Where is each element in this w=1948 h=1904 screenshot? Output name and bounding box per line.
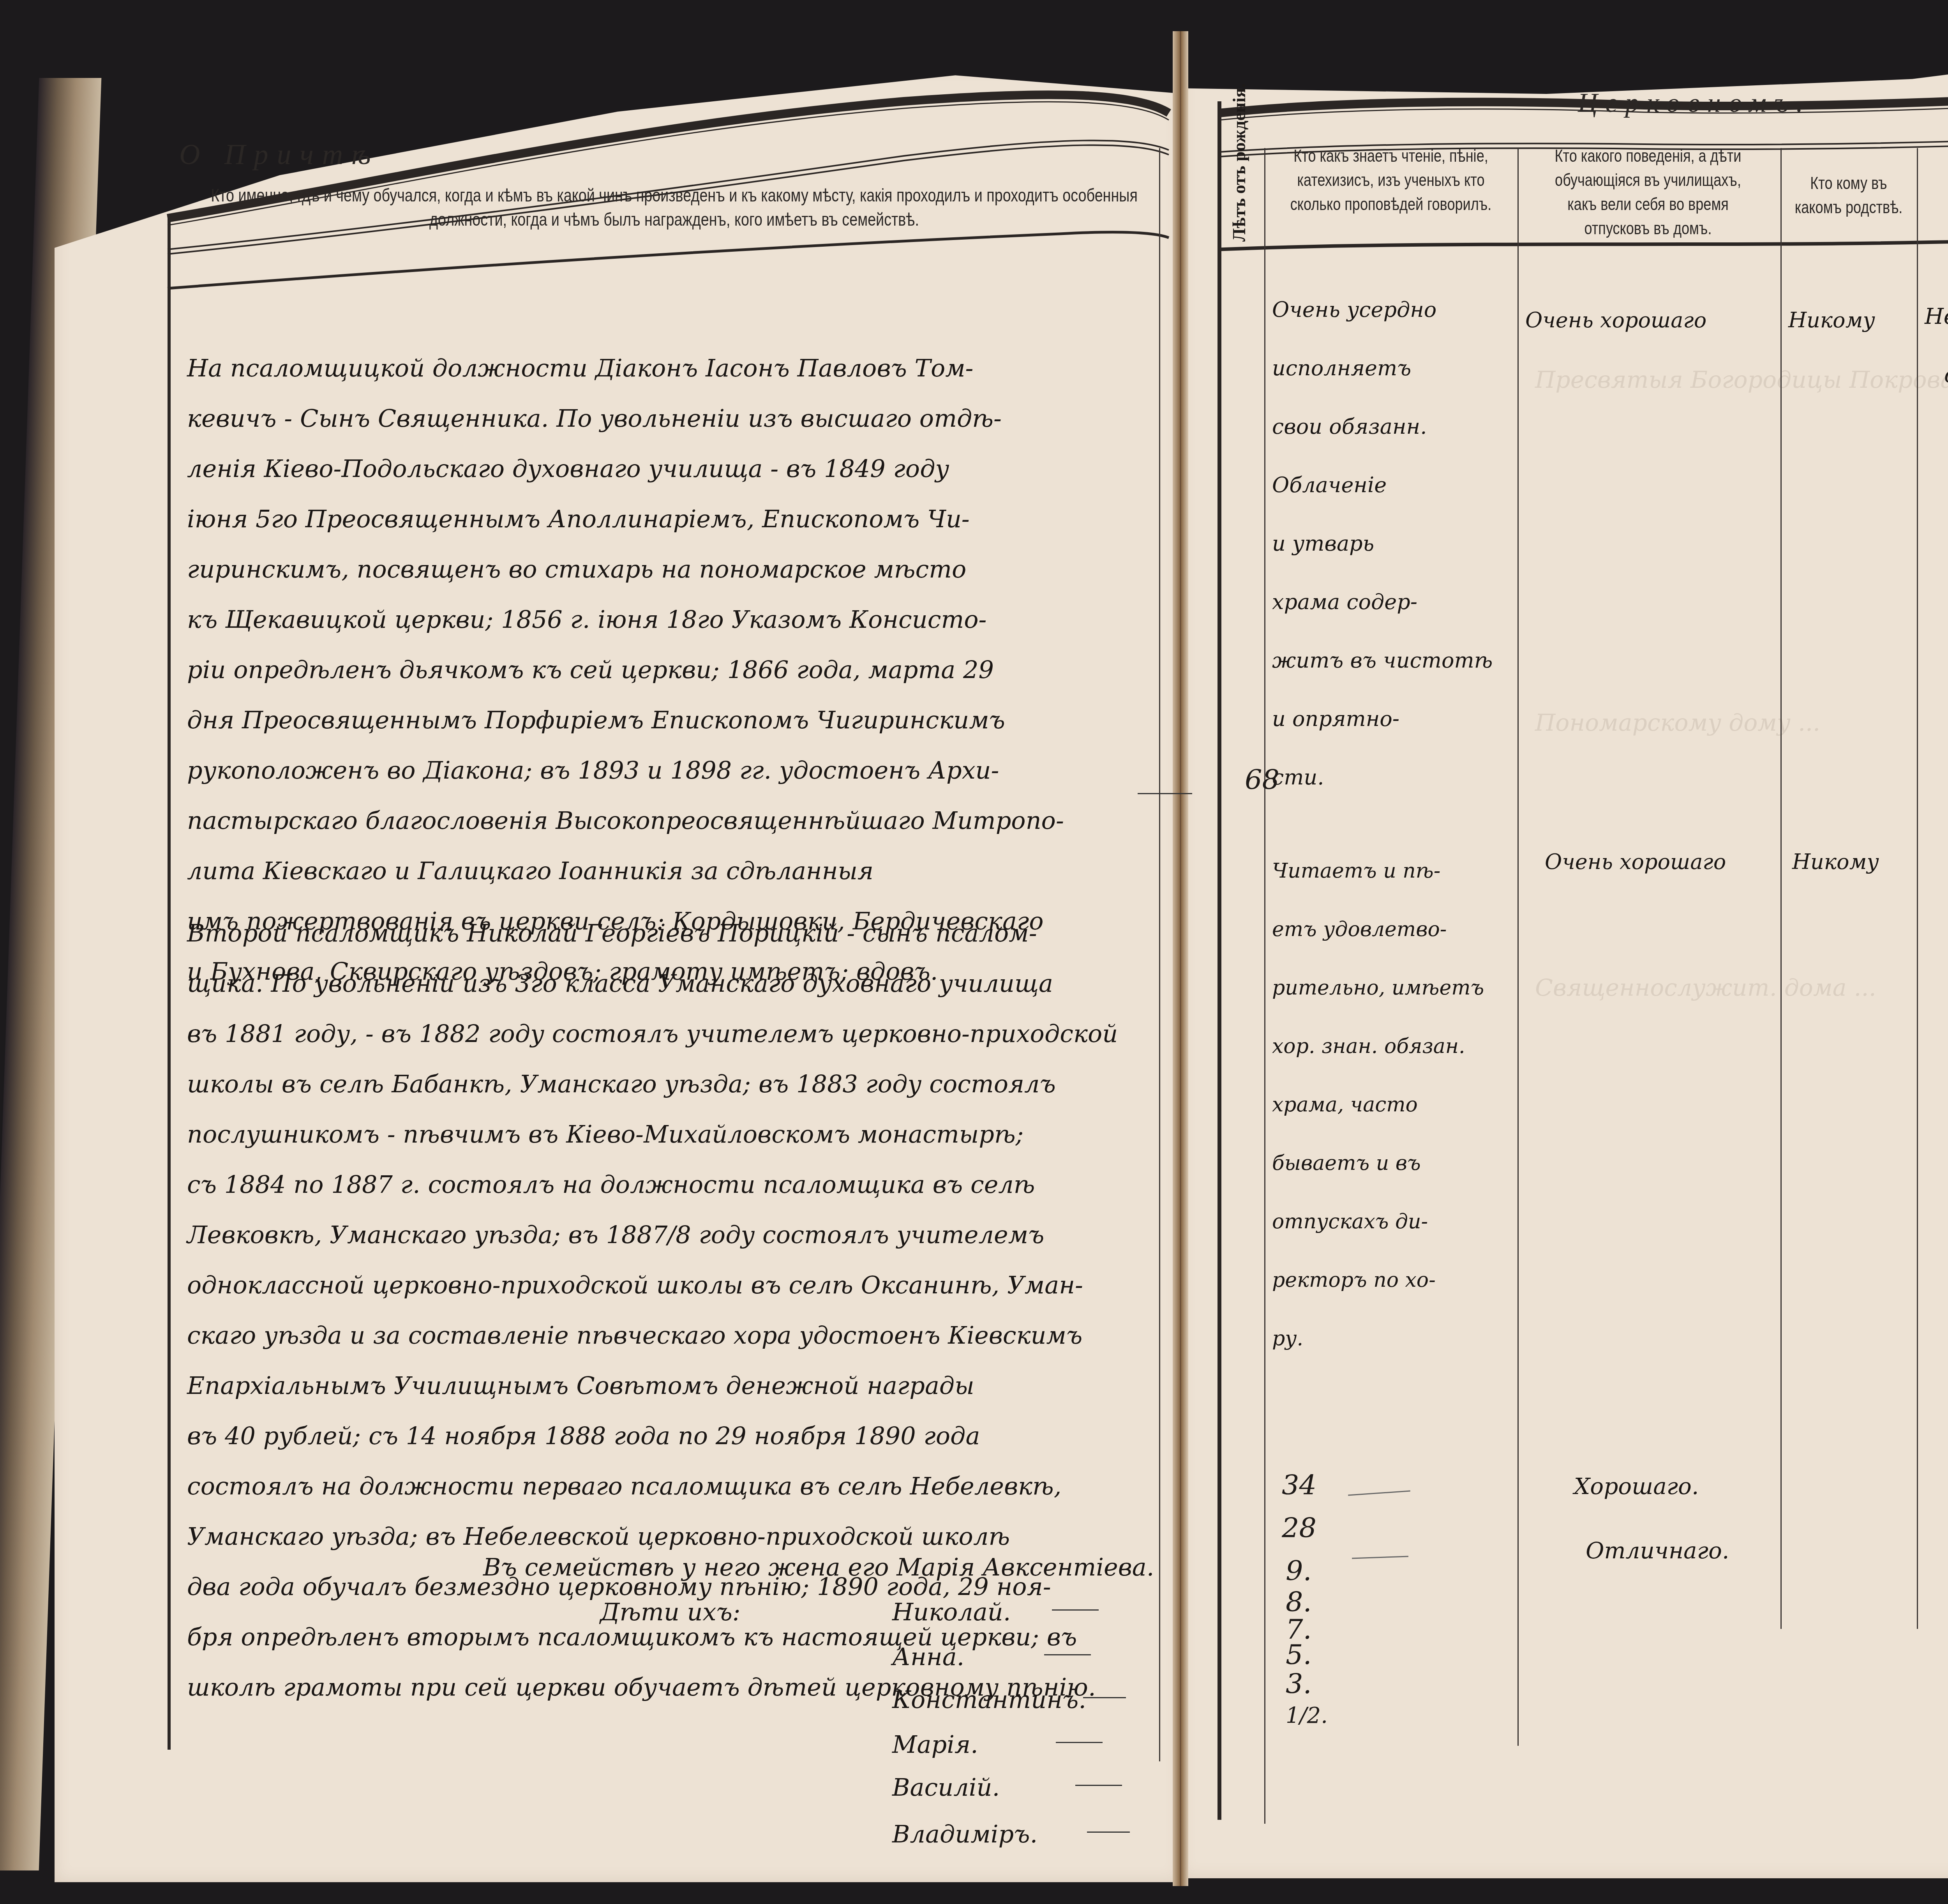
row-2-behavior: Очень хорошаго: [1545, 850, 1726, 874]
bleed-through-text: Пономарскому дому ...: [1535, 709, 1820, 737]
family-dash: [1083, 1697, 1126, 1698]
child-age: 9.: [1286, 1555, 1312, 1587]
child-age: 3.: [1286, 1668, 1312, 1700]
row-1-age: 68: [1245, 764, 1279, 796]
col-line-age: [1264, 148, 1265, 1824]
left-frame-border-right: [1159, 148, 1160, 1761]
col-line-reading: [1517, 148, 1519, 1746]
bleed-through-text: Священнослужит. дома ...: [1535, 974, 1876, 1001]
child-name: Константинъ.: [892, 1685, 1086, 1714]
family-dash: [1056, 1742, 1103, 1743]
row-4-behavior: Отличнаго.: [1586, 1537, 1729, 1564]
bleed-through-text: Пресвятыя Богородицы Покрова ...: [1535, 366, 1948, 394]
child-age: 1/2.: [1286, 1703, 1328, 1728]
left-section-title: О Причтѣ: [179, 138, 379, 171]
header-behavior: Кто какого поведенія, а дѣти обучающіяся…: [1542, 144, 1753, 241]
entry-1-text: На псаломщицкой должности Діаконъ Іасонъ…: [187, 343, 1064, 996]
row-1-reading: Очень усердно исполняетъ свои обязанн. О…: [1272, 281, 1493, 807]
header-age: Лѣтъ отъ рожденія.: [1229, 132, 1249, 242]
family-dash: [1075, 1785, 1122, 1786]
age-34: 34: [1282, 1469, 1316, 1501]
child-name: Марія.: [892, 1730, 978, 1759]
child-name: Николай.: [892, 1598, 1011, 1626]
family-dash: [1044, 1654, 1091, 1655]
family-dash: [1052, 1609, 1099, 1611]
row-2-kinship: Никому: [1792, 850, 1879, 874]
row-3-behavior: Хорошаго.: [1574, 1473, 1699, 1500]
left-frame-border: [168, 218, 171, 1750]
family-wife-line: Въ семействѣ у него жена его Марія Авксе…: [483, 1553, 1154, 1581]
child-name: Василій.: [892, 1773, 1000, 1802]
child-name: Владиміръ.: [892, 1820, 1038, 1848]
row-1-kinship: Никому: [1788, 308, 1875, 332]
child-name: Анна.: [892, 1643, 964, 1671]
row-1-penalties-1: Не былъ и не: [1925, 304, 1948, 329]
row-1-behavior: Очень хорошаго: [1525, 308, 1706, 332]
left-column-header: Кто именно, гдѣ и чему обучался, когда и…: [187, 183, 1161, 231]
entry-1-dash: [1138, 793, 1192, 794]
header-reading: Кто какъ знаетъ чтеніе, пѣніе, катехизис…: [1289, 144, 1493, 217]
age-28: 28: [1282, 1512, 1316, 1544]
entry-2-text: Второй псаломщикъ Николай Георгіевъ Пори…: [187, 908, 1118, 1712]
row-2-reading: Читаетъ и пѣ- етъ удовлетво- рительно, и…: [1272, 842, 1484, 1368]
book-gutter: [1173, 31, 1188, 1886]
right-frame-left: [1217, 101, 1221, 1820]
header-kinship: Кто кому въ какомъ родствѣ.: [1794, 171, 1903, 220]
child-age: 5.: [1286, 1639, 1312, 1671]
children-label: Дѣти ихъ:: [600, 1598, 741, 1626]
family-dash: [1087, 1832, 1130, 1833]
right-section-title: Церковномъ.: [1578, 88, 1811, 119]
